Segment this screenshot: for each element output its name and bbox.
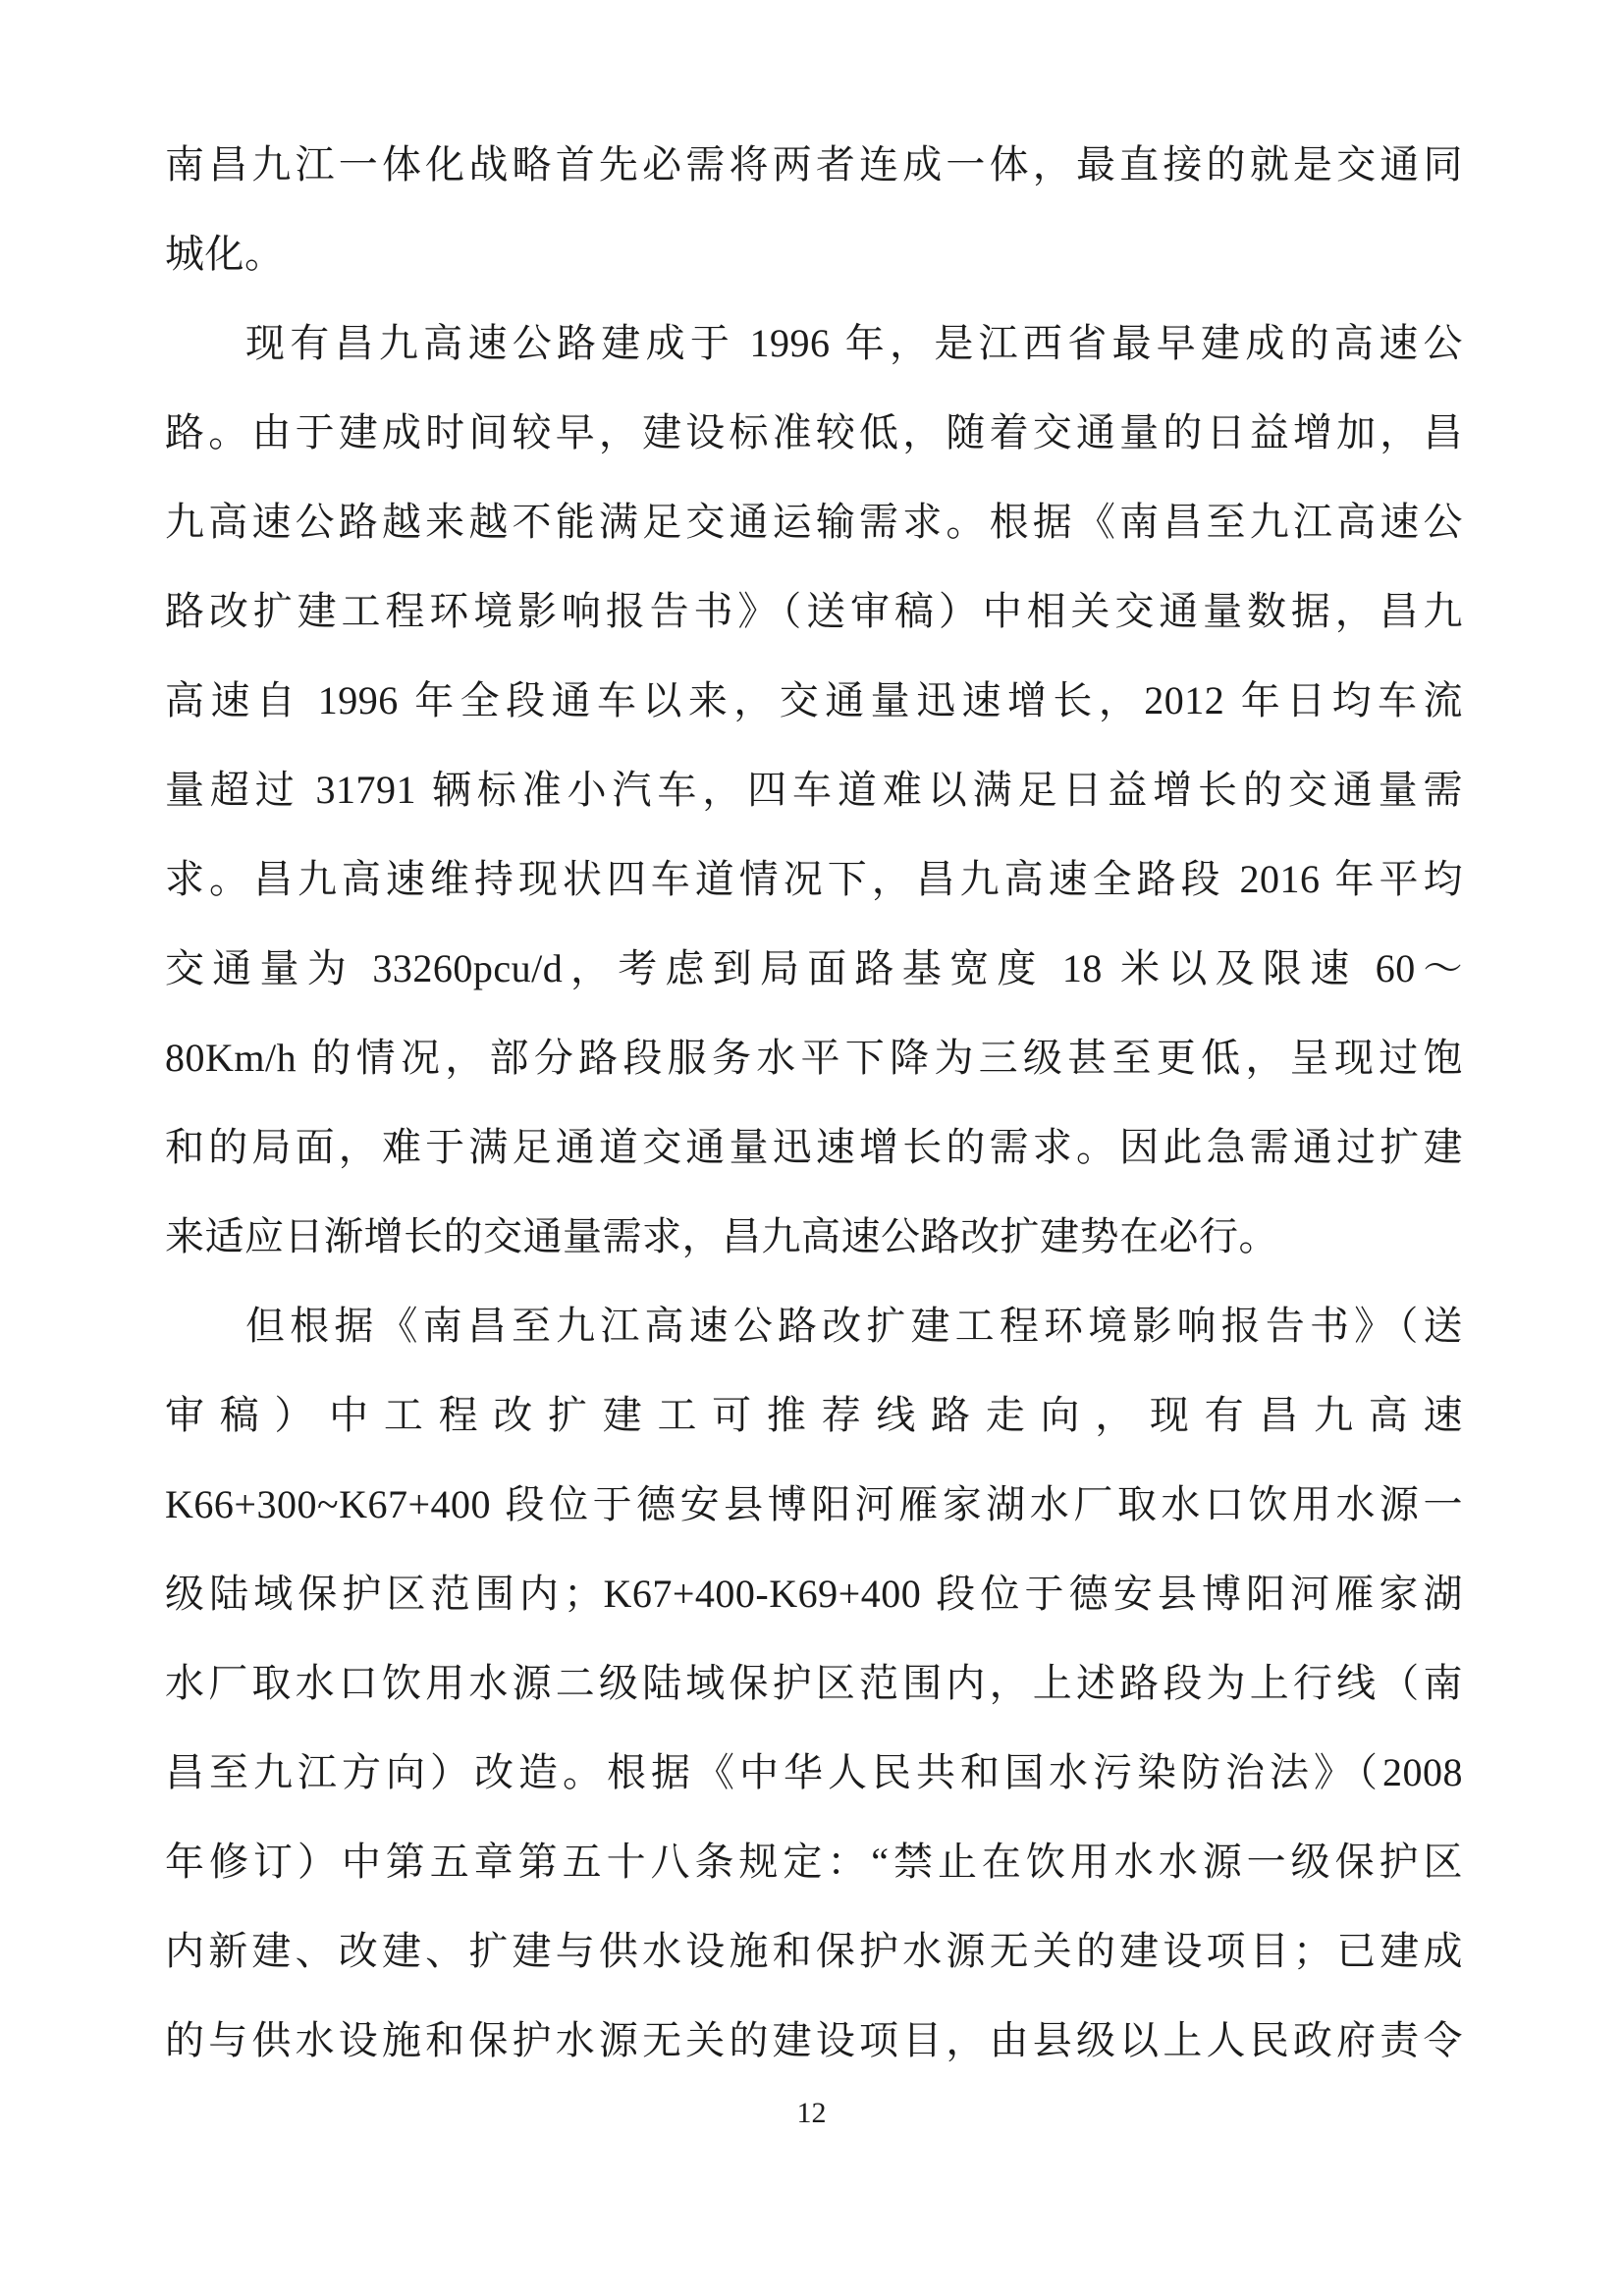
text-line: 和的局面，难于满足通道交通量迅速增长的需求。因此急需通过扩建 (165, 1102, 1463, 1192)
text-line: 来适应日渐增长的交通量需求，昌九高速公路改扩建势在必行。 (165, 1192, 1463, 1281)
text-line: 九高速公路越来越不能满足交通运输需求。根据《南昌至九江高速公 (165, 477, 1463, 566)
text-line: 年修订）中第五章第五十八条规定：“禁止在饮用水水源一级保护区 (165, 1817, 1463, 1906)
page-number: 12 (797, 2097, 827, 2129)
text-line: K66+300~K67+400 段位于德安县博阳河雁家湖水厂取水口饮用水源一 (165, 1460, 1463, 1549)
text-line: 路。由于建成时间较早，建设标准较低，随着交通量的日益增加，昌 (165, 388, 1463, 477)
text-line: 现有昌九高速公路建成于 1996 年，是江西省最早建成的高速公 (165, 298, 1463, 388)
text-line: 级陆域保护区范围内；K67+400-K69+400 段位于德安县博阳河雁家湖 (165, 1549, 1463, 1638)
text-line: 80Km/h 的情况，部分路段服务水平下降为三级甚至更低，呈现过饱 (165, 1013, 1463, 1102)
document-page: 南昌九江一体化战略首先必需将两者连成一体，最直接的就是交通同 城化。 现有昌九高… (0, 0, 1623, 2296)
text-line: 求。昌九高速维持现状四车道情况下，昌九高速全路段 2016 年平均 (165, 834, 1463, 924)
text-line: 量超过 31791 辆标准小汽车，四车道难以满足日益增长的交通量需 (165, 745, 1463, 834)
text-line: 高速自 1996 年全段通车以来，交通量迅速增长，2012 年日均车流 (165, 656, 1463, 745)
document-body: 南昌九江一体化战略首先必需将两者连成一体，最直接的就是交通同 城化。 现有昌九高… (165, 120, 1463, 2085)
text-line: 水厂取水口饮用水源二级陆域保护区范围内，上述路段为上行线（南 (165, 1638, 1463, 1728)
page-footer: 12 (0, 2097, 1623, 2130)
text-line: 交通量为 33260pcu/d，考虑到局面路基宽度 18 米以及限速 60～ (165, 924, 1463, 1013)
text-line: 但根据《南昌至九江高速公路改扩建工程环境影响报告书》（送 (165, 1281, 1463, 1370)
text-line: 路改扩建工程环境影响报告书》（送审稿）中相关交通量数据，昌九 (165, 566, 1463, 656)
text-line: 昌至九江方向）改造。根据《中华人民共和国水污染防治法》（2008 (165, 1728, 1463, 1817)
text-line: 城化。 (165, 209, 1463, 298)
text-line: 南昌九江一体化战略首先必需将两者连成一体，最直接的就是交通同 (165, 120, 1463, 209)
text-line: 审稿）中工程改扩建工可推荐线路走向，现有昌九高速 (165, 1370, 1463, 1460)
text-line: 的与供水设施和保护水源无关的建设项目，由县级以上人民政府责令 (165, 1996, 1463, 2085)
text-line: 内新建、改建、扩建与供水设施和保护水源无关的建设项目；已建成 (165, 1906, 1463, 1996)
